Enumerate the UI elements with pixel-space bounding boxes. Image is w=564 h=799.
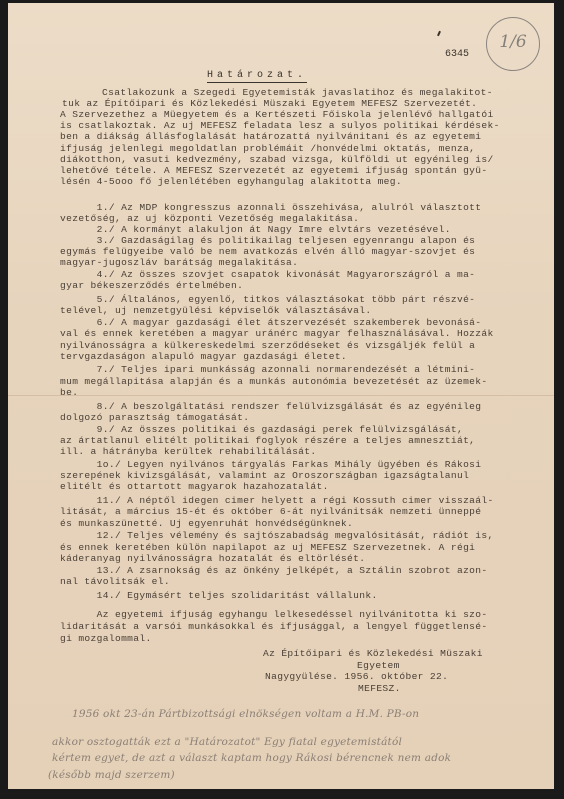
demand-line: nal távolitsák el. — [60, 576, 170, 587]
text-line: gi mozgalommal. — [60, 633, 152, 644]
demand-line: 11./ A néptől idegen cimer helyett a rég… — [60, 495, 494, 506]
handwritten-line: 1956 okt 23-án Pártbizottsági elnöksé­ge… — [72, 708, 419, 720]
page-stamp-text: 1/6 — [487, 32, 539, 52]
demand-line: 13./ A zsarnokság és az önkény jelképét,… — [60, 565, 488, 576]
demand-line: egymás felügyeibe való be nem avatkozás … — [60, 246, 475, 257]
text-line: lehetővé tétele. A MEFESZ Szervezetét az… — [60, 165, 488, 176]
demand-line: 5./ Általános, egyenlő, titkos választás… — [60, 294, 475, 305]
demand-line: 3./ Gazdaságilag és politikailag teljese… — [60, 235, 475, 246]
handwritten-line: akkor osztogatták ezt a "Határozatot" Eg… — [52, 736, 402, 748]
text-line: is csatlakoztak. Az uj MEFESZ feladata l… — [60, 120, 500, 131]
demand-line: val és ennek keretében a magyar uránérc … — [60, 328, 494, 339]
reference-number: 6345 — [445, 49, 469, 60]
text-line: ben a diákság állásfoglalását határozatt… — [60, 131, 481, 142]
demand-line: és munkaszünetté. Uj egyenruhát honvédsé… — [60, 518, 353, 529]
demand-line: telével, uj nemzetgyülési képviselők vál… — [60, 305, 371, 316]
handwritten-line: (később majd szerzem) — [48, 769, 175, 781]
demand-line: 12./ Teljes vélemény és sajtószabadság m… — [60, 530, 494, 541]
demand-line: tervgazdaságon alapuló magyar gazdasági … — [60, 351, 347, 362]
text-line: diákotthon, vasuti kedvezmény, szabad vi… — [60, 154, 494, 165]
demand-line: elitélt és ottartott magyarok hazahozata… — [60, 481, 329, 492]
text-line: lidaritását a varsói munkásokkal és ifju… — [60, 621, 488, 632]
demand-line: be. — [60, 387, 78, 398]
demand-line: káderanyag nyilvánosságra hozatalát és e… — [60, 553, 365, 564]
text-line: ifjuság jelenlegi megoldatlan problémáit… — [60, 143, 475, 154]
text-line: Az egyetemi ifjuság egyhangu lelkesedéss… — [60, 609, 488, 620]
demand-line: 2./ A kormányt alakuljon át Nagy Imre el… — [60, 224, 451, 235]
signature-line: Nagygyülése. 1956. október 22. — [265, 671, 448, 682]
signature-line: MEFESZ. — [358, 683, 401, 694]
demand-line: magyar-jugoszláv barátság megalakitása. — [60, 257, 298, 268]
signature-line: Az Építőipari és Közlekedési Müszaki — [263, 648, 483, 659]
demand-line: 4./ Az összes szovjet csapatok kivonását… — [60, 269, 475, 280]
demand-line: vezetőség, az uj központi Vezetőség mega… — [60, 213, 359, 224]
demand-line: dolgozó parasztság támogatását. — [60, 412, 249, 423]
demand-line: és ennek keretében külön napilapot az uj… — [60, 542, 475, 553]
demand-line: 9./ Az összes politikai és gazdasági per… — [60, 424, 463, 435]
demand-line: 1o./ Legyen nyilvános tárgyalás Farkas M… — [60, 459, 481, 470]
text-line: lésén 4-5ooo fő jelenlétében egyhangulag… — [60, 176, 402, 187]
demand-line: nyilvánosságra a külkereskedelmi szerződ… — [60, 340, 475, 351]
demand-line: szerepének kivizsgálását, valamint az Or… — [60, 470, 469, 481]
text-line: tuk az Építőipari és Közlekedési Müszaki… — [62, 98, 477, 109]
demand-line: ill. a hátrányba kerültek rehabilitálásá… — [60, 446, 317, 457]
demand-line: az ártatlanul elitélt politikai foglyok … — [60, 435, 475, 446]
text-line: Csatlakozunk a Szegedi Egyetemisták java… — [102, 87, 493, 98]
demand-line: litását, a március 15-ét és október 6-át… — [60, 506, 481, 517]
text-line: A Szervezethez a Müegyetem és a Kertésze… — [60, 109, 494, 120]
paper-fold-line — [8, 395, 554, 396]
demand-line: mum megállapitása alapján és a munkás au… — [60, 376, 488, 387]
demand-line: 6./ A magyar gazdasági élet átszervezésé… — [60, 317, 481, 328]
demand-line: 14./ Egymásért teljes szolidaritást váll… — [60, 590, 378, 601]
signature-line: Egyetem — [357, 660, 400, 671]
document-page: 6345 1/6 Határozat. Csatlakozunk a Szege… — [8, 3, 554, 789]
demand-line: gyar békeszerződés értelmében. — [60, 280, 243, 291]
page-stamp-circle: 1/6 — [486, 17, 540, 71]
pen-mark — [437, 31, 441, 36]
demand-line: 7./ Teljes ipari munkásság azonnali norm… — [60, 364, 475, 375]
demand-line: 8./ A beszolgáltatási rendszer felülvizs… — [60, 401, 481, 412]
handwritten-line: kértem egyet, de azt a választ kaptam ho… — [52, 752, 451, 764]
demand-line: 1./ Az MDP kongresszus azonnali összehiv… — [60, 202, 481, 213]
document-title: Határozat. — [207, 70, 307, 83]
